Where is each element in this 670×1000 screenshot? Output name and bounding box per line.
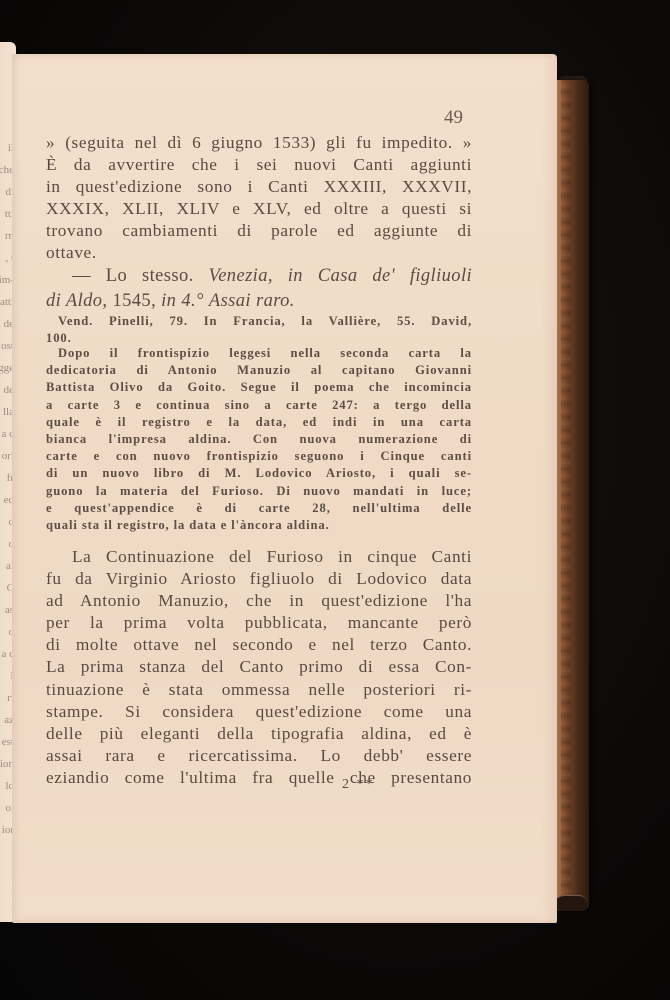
text-line: » (seguita nel dì 6 giugno 1533) gli fu … [46, 132, 472, 154]
book-cover-bottom-cap [553, 895, 587, 911]
entry-line-2: di Aldo, 1545, in 4.° Assai raro. [46, 289, 472, 314]
signature-mark: 2 ** [342, 777, 375, 793]
text-line: in quest'edizione sono i Canti XXXIII, X… [46, 176, 472, 198]
text-line: dedicatoria di Antonio Manuzio al capita… [46, 362, 472, 379]
bibliographic-entry: — Lo stesso. Venezia, in Casa de' figliu… [46, 264, 472, 314]
text-line: XXXIX, XLII, XLIV e XLV, ed oltre a ques… [46, 198, 472, 220]
entry-imprint: Venezia, in Casa de' figliuoli [209, 266, 472, 286]
book-page: 49 » (seguita nel dì 6 giugno 1533) gli … [12, 54, 557, 923]
text-line: di molte ottave nel secondo e nel terzo … [46, 634, 472, 656]
text-line: delle più eleganti della tipografia aldi… [46, 723, 472, 745]
page-number: 49 [444, 107, 463, 129]
entry-format: in 4.° [161, 291, 204, 311]
paragraph-continuazione: La Continuazione del Furioso in cinque C… [46, 546, 472, 789]
text-line: quale è il registro e la data, ed indi i… [46, 414, 472, 431]
text-line: per la prima volta pubblicata, mancante … [46, 612, 472, 634]
text-line: stampe. Si considera quest'edizione come… [46, 701, 472, 723]
text-line: eziandio come l'ultima fra quelle che pr… [46, 767, 472, 789]
text-line: di un nuovo libro di M. Lodovico Ariosto… [46, 465, 472, 482]
text-line: ottave. [46, 242, 472, 264]
photo-scene: ilchedittirn, tim-attideostggedellaa cor… [0, 0, 670, 1000]
text-line: La prima stanza del Canto primo di essa … [46, 656, 472, 678]
text-line: Vend. Pinelli, 79. In Francia, la Valliè… [46, 313, 472, 330]
text-line: fu da Virginio Ariosto figliuolo di Lodo… [46, 568, 472, 590]
entry-printer: di Aldo, [46, 291, 107, 311]
text-line: e quest'appendice è di carte 28, nell'ul… [46, 500, 472, 517]
entry-title: Lo stesso. [106, 266, 194, 286]
entry-rarity: Assai raro. [209, 291, 295, 311]
text-line: assai rara e ricercatissima. Lo debb' es… [46, 745, 472, 767]
paragraph-continuation: » (seguita nel dì 6 giugno 1533) gli fu … [46, 132, 472, 265]
entry-line-1: — Lo stesso. Venezia, in Casa de' figliu… [46, 264, 472, 289]
text-line: tinuazione è stata ommessa nelle posteri… [46, 679, 472, 701]
text-line: È da avvertire che i sei nuovi Canti agg… [46, 154, 472, 176]
text-line: La Continuazione del Furioso in cinque C… [46, 546, 472, 568]
text-line: Battista Olivo da Goito. Segue il poema … [46, 379, 472, 396]
text-line: ad Antonio Manuzio, che in quest'edizion… [46, 590, 472, 612]
entry-year: 1545, [112, 291, 156, 311]
sales-note: Vend. Pinelli, 79. In Francia, la Valliè… [46, 313, 472, 347]
text-line: guono la materia del Furioso. Di nuovo m… [46, 483, 472, 500]
text-line: bianca l'impresa aldina. Con nuova numer… [46, 431, 472, 448]
edition-description: Dopo il frontispizio leggesi nella secon… [46, 345, 472, 534]
text-line: quali sta il registro, la data e l'àncor… [46, 517, 472, 534]
text-line: trovano cambiamenti di parole ed aggiunt… [46, 220, 472, 242]
book-cover-edge [553, 80, 589, 910]
text-line: Dopo il frontispizio leggesi nella secon… [46, 345, 472, 362]
text-line: carte e con nuovo frontispizio seguono i… [46, 448, 472, 465]
entry-dash: — [72, 266, 91, 286]
text-line: a carte 3 e continua sino a carte 247: a… [46, 397, 472, 414]
